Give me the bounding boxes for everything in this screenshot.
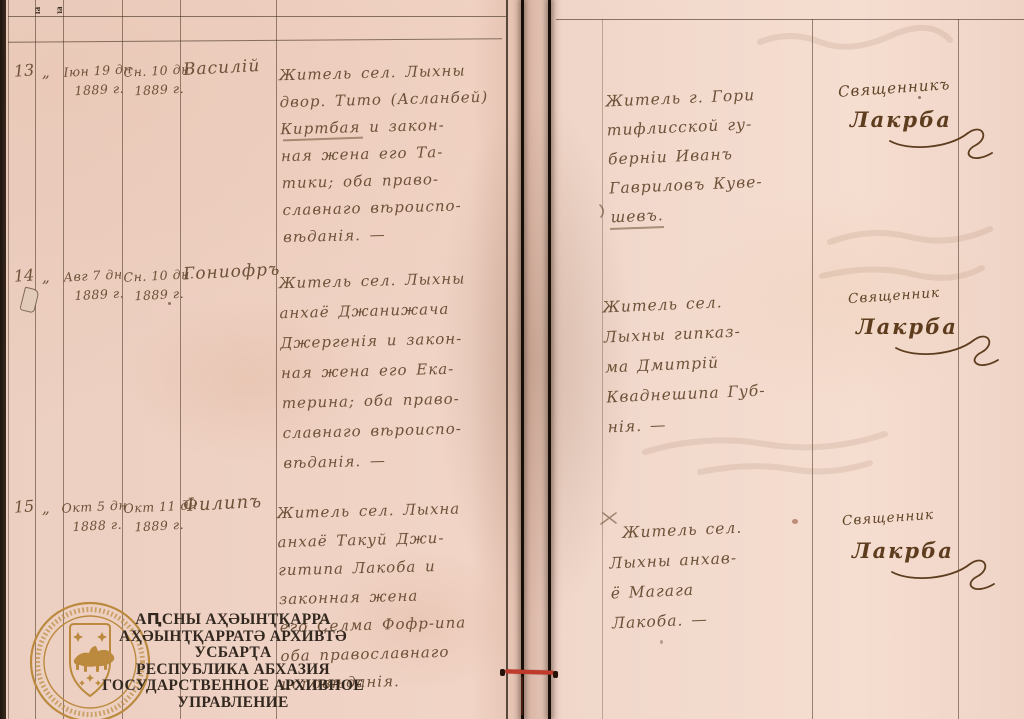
officiant-signature: Лакрба (850, 107, 952, 132)
birth-date-line: Окт 5 дн (61, 497, 127, 515)
baptism-date-year: 1889 г. (134, 283, 196, 305)
archive-stamp: АԤСНЫ АҲӘЫНҬҚАРРА АҲӘЫНҬҚАРРАТӘ АРХИВТӘ … (92, 612, 374, 711)
ditto-mark: „ (42, 268, 50, 286)
parents-entry: Житель сел. Лыхны анхаё Джанижача Джерге… (278, 262, 528, 478)
stamp-line-abkhaz: АԤСНЫ АҲӘЫНҬҚАРРА (92, 612, 374, 629)
birth-date: Окт 5 дн 1888 г. (61, 495, 129, 536)
officiant-signature: Лакрба (856, 314, 958, 339)
stitch-knot (500, 669, 505, 676)
godparents-entry: Житель сел. Лыхны анхав- ё Магага Лакоба… (607, 510, 817, 639)
godparents-entry: Житель сел. Лыхны гипказ- ма Дмитрій Ква… (602, 284, 813, 443)
signature-flourish (894, 328, 1004, 374)
signature-flourish (888, 121, 998, 167)
officiant-signature: Лакрба (852, 538, 954, 563)
godparents-entry: Житель г. Гори тифлисской гу- берніи Ива… (605, 79, 816, 233)
handwritten-line: вѣданія. — (283, 442, 529, 478)
stitch-knot (553, 671, 558, 678)
parents-entry: Житель сел. Лыхны двор. Тито (Асланбей) … (279, 56, 529, 251)
register-scan-page: М. пола Ж. пола 13 „ Іюн 19 дн 1889 г. С… (0, 0, 1024, 719)
stamp-line-russian: ГОСУДАРСТВЕННОЕ АРХИВНОЕ (92, 678, 374, 695)
child-name: Филипъ (183, 491, 263, 516)
row-number: 13 (11, 60, 36, 81)
stamp-line-abkhaz: УСБАРҬА (92, 645, 374, 662)
row-number: 15 (11, 496, 36, 517)
baptism-date-year: 1889 г. (134, 78, 196, 100)
birth-date-line: Авг 7 дн (63, 266, 123, 284)
birth-date-year: 1888 г. (72, 514, 129, 536)
stamp-line-russian: УПРАВЛЕНИЕ (92, 695, 374, 712)
row-number: 14 (11, 265, 36, 286)
stamp-line-russian: РЕСПУБЛИКА АБХАЗИЯ (92, 662, 374, 679)
child-name: Василій (183, 56, 261, 80)
birth-date-year: 1889 г. (74, 283, 125, 305)
signature-flourish (890, 552, 1000, 598)
baptism-date-year: 1889 г. (134, 514, 199, 536)
ditto-mark: „ (42, 63, 50, 81)
red-stitch-tail (521, 677, 523, 715)
ditto-mark: „ (42, 499, 50, 517)
stamp-line-abkhaz: АҲӘЫНҬҚАРРАТӘ АРХИВТӘ (92, 629, 374, 646)
ink-scribble (600, 205, 603, 217)
birth-date: Авг 7 дн 1889 г. (63, 264, 124, 305)
